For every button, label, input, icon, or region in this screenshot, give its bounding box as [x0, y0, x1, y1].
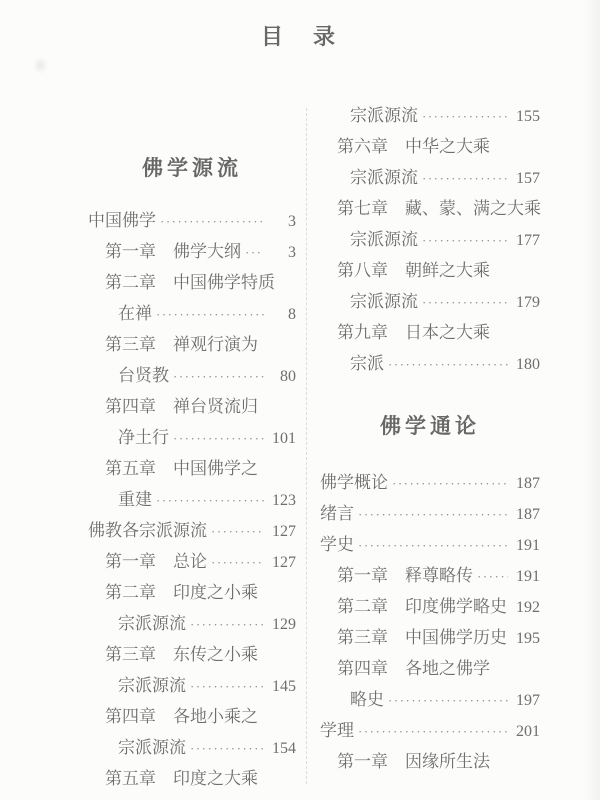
page-number: 155 [512, 101, 540, 132]
dot-leader: ········································… [422, 225, 508, 256]
page-number: 145 [268, 671, 296, 702]
dot-leader: ········································… [211, 547, 264, 578]
entry-label: 净土行 [118, 422, 169, 453]
page-number: 129 [268, 609, 296, 640]
dot-leader: ········································… [173, 361, 264, 392]
section-heading: 佛学源流 [88, 155, 296, 181]
entry-label: 第三章 中国佛学历史 [337, 622, 507, 653]
page-number: 177 [512, 225, 540, 256]
toc-entry: 净土行·····································… [88, 422, 296, 453]
toc-entry: 绪言······································… [320, 498, 540, 529]
dot-leader: ········································… [156, 485, 264, 516]
entry-label: 第二章 中国佛学特质 [105, 267, 275, 298]
toc-page: 目 录 佛学源流中国佛学····························… [0, 0, 600, 800]
entry-label: 第一章 释尊略传 [337, 560, 473, 591]
toc-entry: 第五章 印度之大乘 [88, 763, 296, 794]
dot-leader: ········································… [173, 423, 264, 454]
page-number: 197 [512, 685, 540, 716]
toc-entry: 台贤教·····································… [88, 360, 296, 391]
dot-leader: ········································… [358, 530, 508, 561]
toc-entry: 第二章 中国佛学特质 [88, 267, 296, 298]
toc-entry: 在禅······································… [88, 298, 296, 329]
page-number: 3 [268, 206, 296, 237]
page-number: 154 [268, 733, 296, 764]
toc-entry: 宗派源流····································… [88, 670, 296, 701]
toc-entry: 宗派源流····································… [320, 224, 540, 255]
toc-entry: 第一章 总论··································… [88, 546, 296, 577]
page-number: 192 [512, 592, 540, 623]
entry-label: 第九章 日本之大乘 [337, 317, 490, 348]
entry-label: 宗派源流 [118, 732, 186, 763]
dot-leader: ········································… [392, 468, 508, 499]
dot-leader: ········································… [190, 609, 264, 640]
page-number: 101 [268, 423, 296, 454]
dot-leader: ········································… [388, 685, 508, 716]
toc-entry: 第三章 东传之小乘 [88, 639, 296, 670]
page-number: 123 [268, 485, 296, 516]
dot-leader: ········································… [160, 206, 264, 237]
toc-entry: 第四章 各地之佛学 [320, 653, 540, 684]
entry-label: 第一章 因缘所生法 [337, 746, 490, 777]
page-number: 187 [512, 468, 540, 499]
entry-label: 宗派源流 [350, 162, 418, 193]
page-number: 127 [268, 516, 296, 547]
toc-entry: 学理······································… [320, 715, 540, 746]
entry-label: 佛教各宗派源流 [88, 515, 207, 546]
page-number: 179 [512, 287, 540, 318]
entry-label: 在禅 [118, 298, 152, 329]
dot-leader: ········································… [245, 237, 264, 268]
toc-entry: 第四章 禅台贤流归 [88, 391, 296, 422]
entry-label: 第二章 印度佛学略史 [337, 591, 507, 622]
page-number: 8 [268, 299, 296, 330]
entry-label: 第四章 禅台贤流归 [105, 391, 258, 422]
toc-entry: 第八章 朝鲜之大乘 [320, 255, 540, 286]
dot-leader: ········································… [156, 299, 264, 330]
dot-leader: ········································… [422, 163, 508, 194]
entry-label: 重建 [118, 484, 152, 515]
toc-right-column: 宗派源流····································… [320, 100, 540, 777]
entry-label: 宗派源流 [350, 224, 418, 255]
toc-entry: 第五章 中国佛学之 [88, 453, 296, 484]
entry-label: 宗派源流 [118, 608, 186, 639]
dot-leader: ········································… [422, 287, 508, 318]
page-title: 目 录 [0, 20, 600, 51]
entry-label: 第五章 印度之大乘 [105, 763, 258, 794]
entry-label: 第二章 印度之小乘 [105, 577, 258, 608]
page-number: 180 [512, 349, 540, 380]
toc-entry: 第三章 禅观行演为 [88, 329, 296, 360]
dot-leader: ········································… [190, 733, 264, 764]
page-number: 201 [512, 716, 540, 747]
entry-label: 绪言 [320, 498, 354, 529]
entry-label: 台贤教 [118, 360, 169, 391]
page-number: 157 [512, 163, 540, 194]
toc-left-column: 佛学源流中国佛学································… [88, 155, 296, 794]
dot-leader: ········································… [422, 101, 508, 132]
section-heading: 佛学通论 [320, 413, 540, 439]
entry-label: 宗派源流 [350, 100, 418, 131]
toc-entry: 宗派······································… [320, 348, 540, 379]
page-number: 187 [512, 499, 540, 530]
entry-label: 第一章 佛学大纲 [105, 236, 241, 267]
toc-entry: 第七章 藏、蒙、满之大乘 [320, 193, 540, 224]
toc-entry: 宗派源流····································… [320, 286, 540, 317]
toc-entry: 佛教各宗派源流·································… [88, 515, 296, 546]
entry-label: 第八章 朝鲜之大乘 [337, 255, 490, 286]
toc-entry: 第一章 释尊略传································… [320, 560, 540, 591]
toc-entry: 略史······································… [320, 684, 540, 715]
entry-label: 佛学概论 [320, 467, 388, 498]
toc-entry: 重建······································… [88, 484, 296, 515]
entry-label: 第一章 总论 [105, 546, 207, 577]
toc-entry: 中国佛学····································… [88, 205, 296, 236]
toc-entry: 佛学概论····································… [320, 467, 540, 498]
entry-label: 学史 [320, 529, 354, 560]
entry-label: 宗派 [350, 348, 384, 379]
toc-entry: 第四章 各地小乘之 [88, 701, 296, 732]
entry-label: 中国佛学 [88, 205, 156, 236]
entry-label: 第五章 中国佛学之 [105, 453, 258, 484]
toc-entry: 第二章 印度佛学略史192 [320, 591, 540, 622]
page-number: 80 [268, 361, 296, 392]
entry-label: 第六章 中华之大乘 [337, 131, 490, 162]
scan-edge-shade [584, 0, 600, 800]
toc-entry: 宗派源流····································… [88, 608, 296, 639]
toc-entry: 第六章 中华之大乘 [320, 131, 540, 162]
toc-entry: 第二章 印度之小乘 [88, 577, 296, 608]
column-divider-dotted-line [306, 108, 307, 784]
toc-entry: 第一章 佛学大纲································… [88, 236, 296, 267]
dot-leader: ········································… [358, 499, 508, 530]
toc-entry: 第一章 因缘所生法 [320, 746, 540, 777]
toc-entry: 学史······································… [320, 529, 540, 560]
toc-entry: 宗派源流····································… [88, 732, 296, 763]
dot-leader: ········································… [190, 671, 264, 702]
toc-entry: 第三章 中国佛学历史195 [320, 622, 540, 653]
entry-label: 第四章 各地小乘之 [105, 701, 258, 732]
toc-entry: 宗派源流····································… [320, 100, 540, 131]
scan-smudge [33, 57, 48, 74]
dot-leader: ········································… [388, 349, 508, 380]
entry-label: 略史 [350, 684, 384, 715]
page-number: 127 [268, 547, 296, 578]
dot-leader: ········································… [358, 716, 508, 747]
entry-label: 第三章 东传之小乘 [105, 639, 258, 670]
page-number: 191 [512, 530, 540, 561]
entry-label: 宗派源流 [350, 286, 418, 317]
entry-label: 宗派源流 [118, 670, 186, 701]
dot-leader: ········································… [477, 561, 508, 592]
page-number: 195 [512, 623, 540, 654]
entry-label: 学理 [320, 715, 354, 746]
entry-label: 第三章 禅观行演为 [105, 329, 258, 360]
entry-label: 第七章 藏、蒙、满之大乘 [337, 193, 541, 224]
page-number: 3 [268, 237, 296, 268]
entry-label: 第四章 各地之佛学 [337, 653, 490, 684]
toc-entry: 宗派源流····································… [320, 162, 540, 193]
page-number: 191 [512, 561, 540, 592]
toc-entry: 第九章 日本之大乘 [320, 317, 540, 348]
dot-leader: ········································… [211, 516, 264, 547]
